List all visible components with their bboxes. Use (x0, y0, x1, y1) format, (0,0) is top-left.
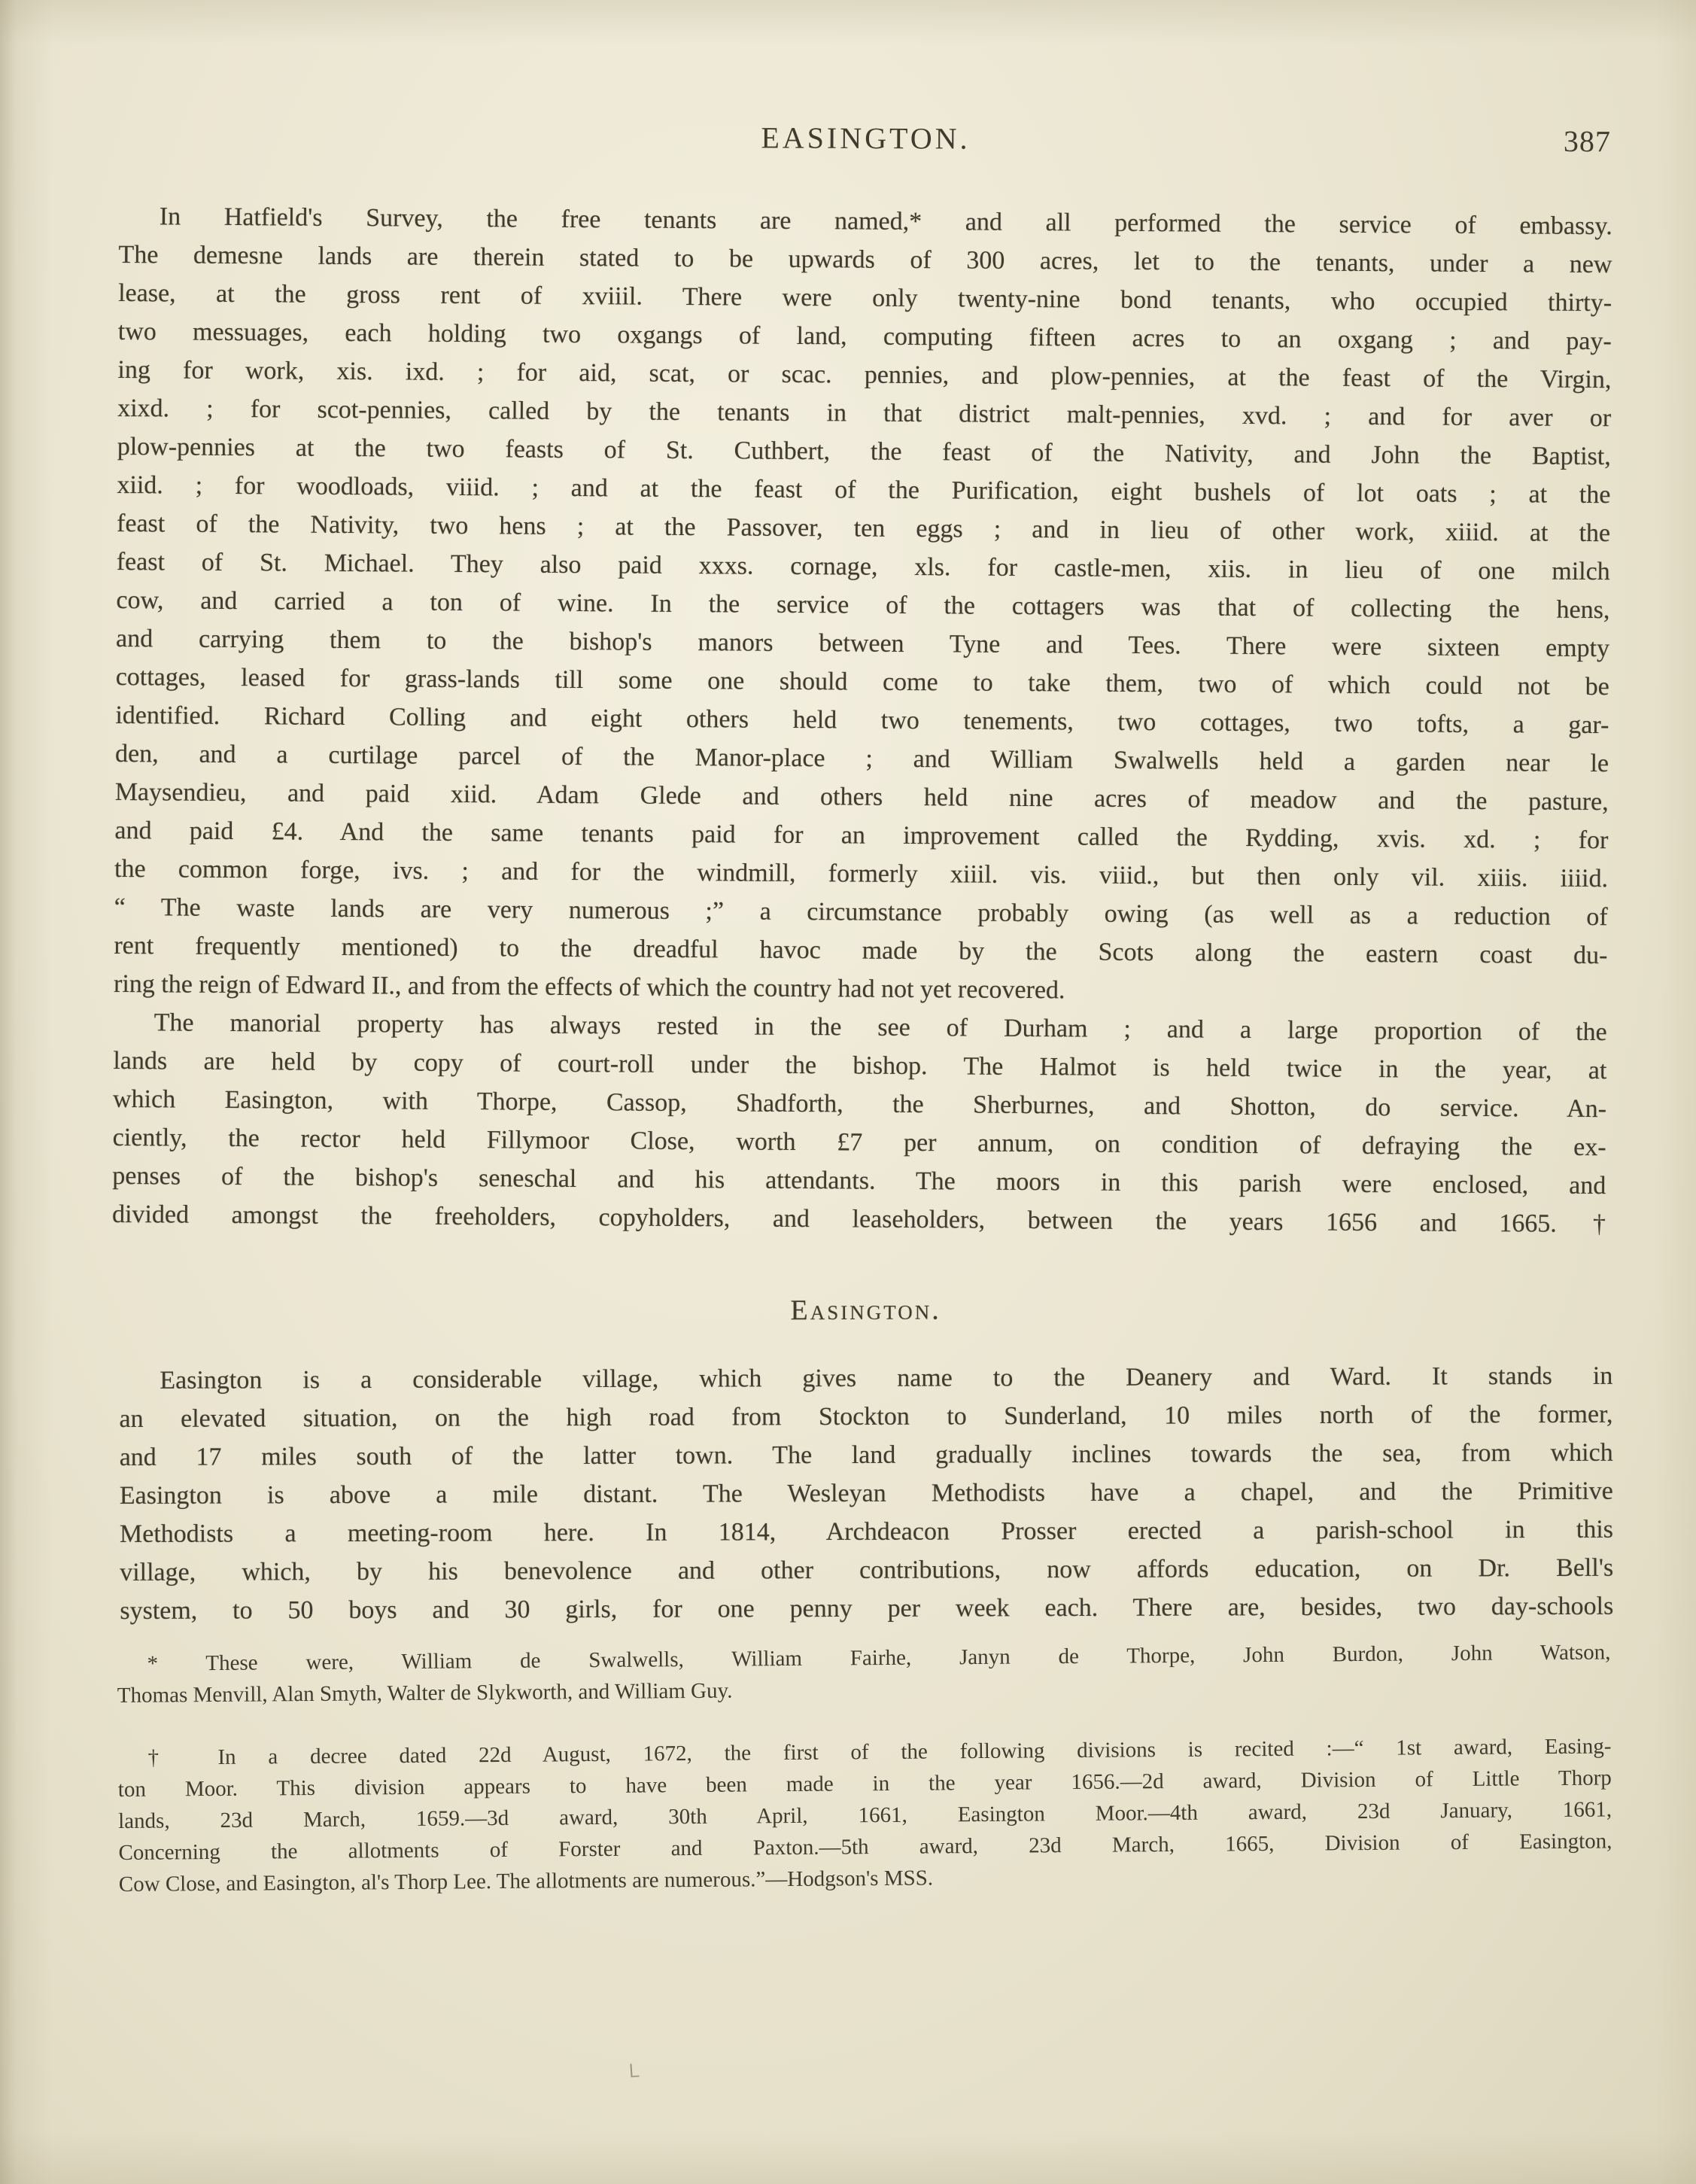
footnote-asterisk: * These were, William de Swalwells, Will… (117, 1636, 1611, 1711)
footnote-dagger: † In a decree dated 22d August, 1672, th… (117, 1730, 1612, 1900)
page-content: EASINGTON. 387 In Hatfield's Survey, the… (119, 0, 1612, 1900)
text-line: Methodists a meeting-room here. In 1814,… (120, 1510, 1613, 1553)
footnotes: * These were, William de Swalwells, Will… (117, 1636, 1612, 1900)
running-header: EASINGTON. 387 (119, 117, 1612, 159)
paragraph-hatfields-survey: In Hatfield's Survey, the free tenants a… (114, 197, 1612, 1013)
book-page: EASINGTON. 387 In Hatfield's Survey, the… (0, 0, 1696, 2184)
page-title: EASINGTON. (119, 117, 1612, 160)
main-text-upper: In Hatfield's Survey, the free tenants a… (112, 197, 1612, 1243)
text-line: Easington is above a mile distant. The W… (120, 1472, 1613, 1515)
section-heading-easington: Easington. (119, 1289, 1612, 1328)
page-number: 387 (1564, 123, 1611, 159)
text-line: system, to 50 boys and 30 girls, for one… (120, 1587, 1613, 1630)
text-line: and 17 miles south of the latter town. T… (120, 1434, 1613, 1477)
text-line: Easington is a considerable village, whi… (119, 1357, 1612, 1400)
text-line: village, which, by his benevolence and o… (120, 1549, 1613, 1592)
text-line: an elevated situation, on the high road … (119, 1395, 1612, 1438)
paragraph-manorial-property: The manorial property has always rested … (112, 1003, 1607, 1243)
stray-ink-mark (630, 2064, 639, 2078)
paragraph-easington-village: Easington is a considerable village, whi… (119, 1357, 1613, 1630)
main-text-lower: Easington. Easington is a considerable v… (119, 1289, 1613, 1630)
